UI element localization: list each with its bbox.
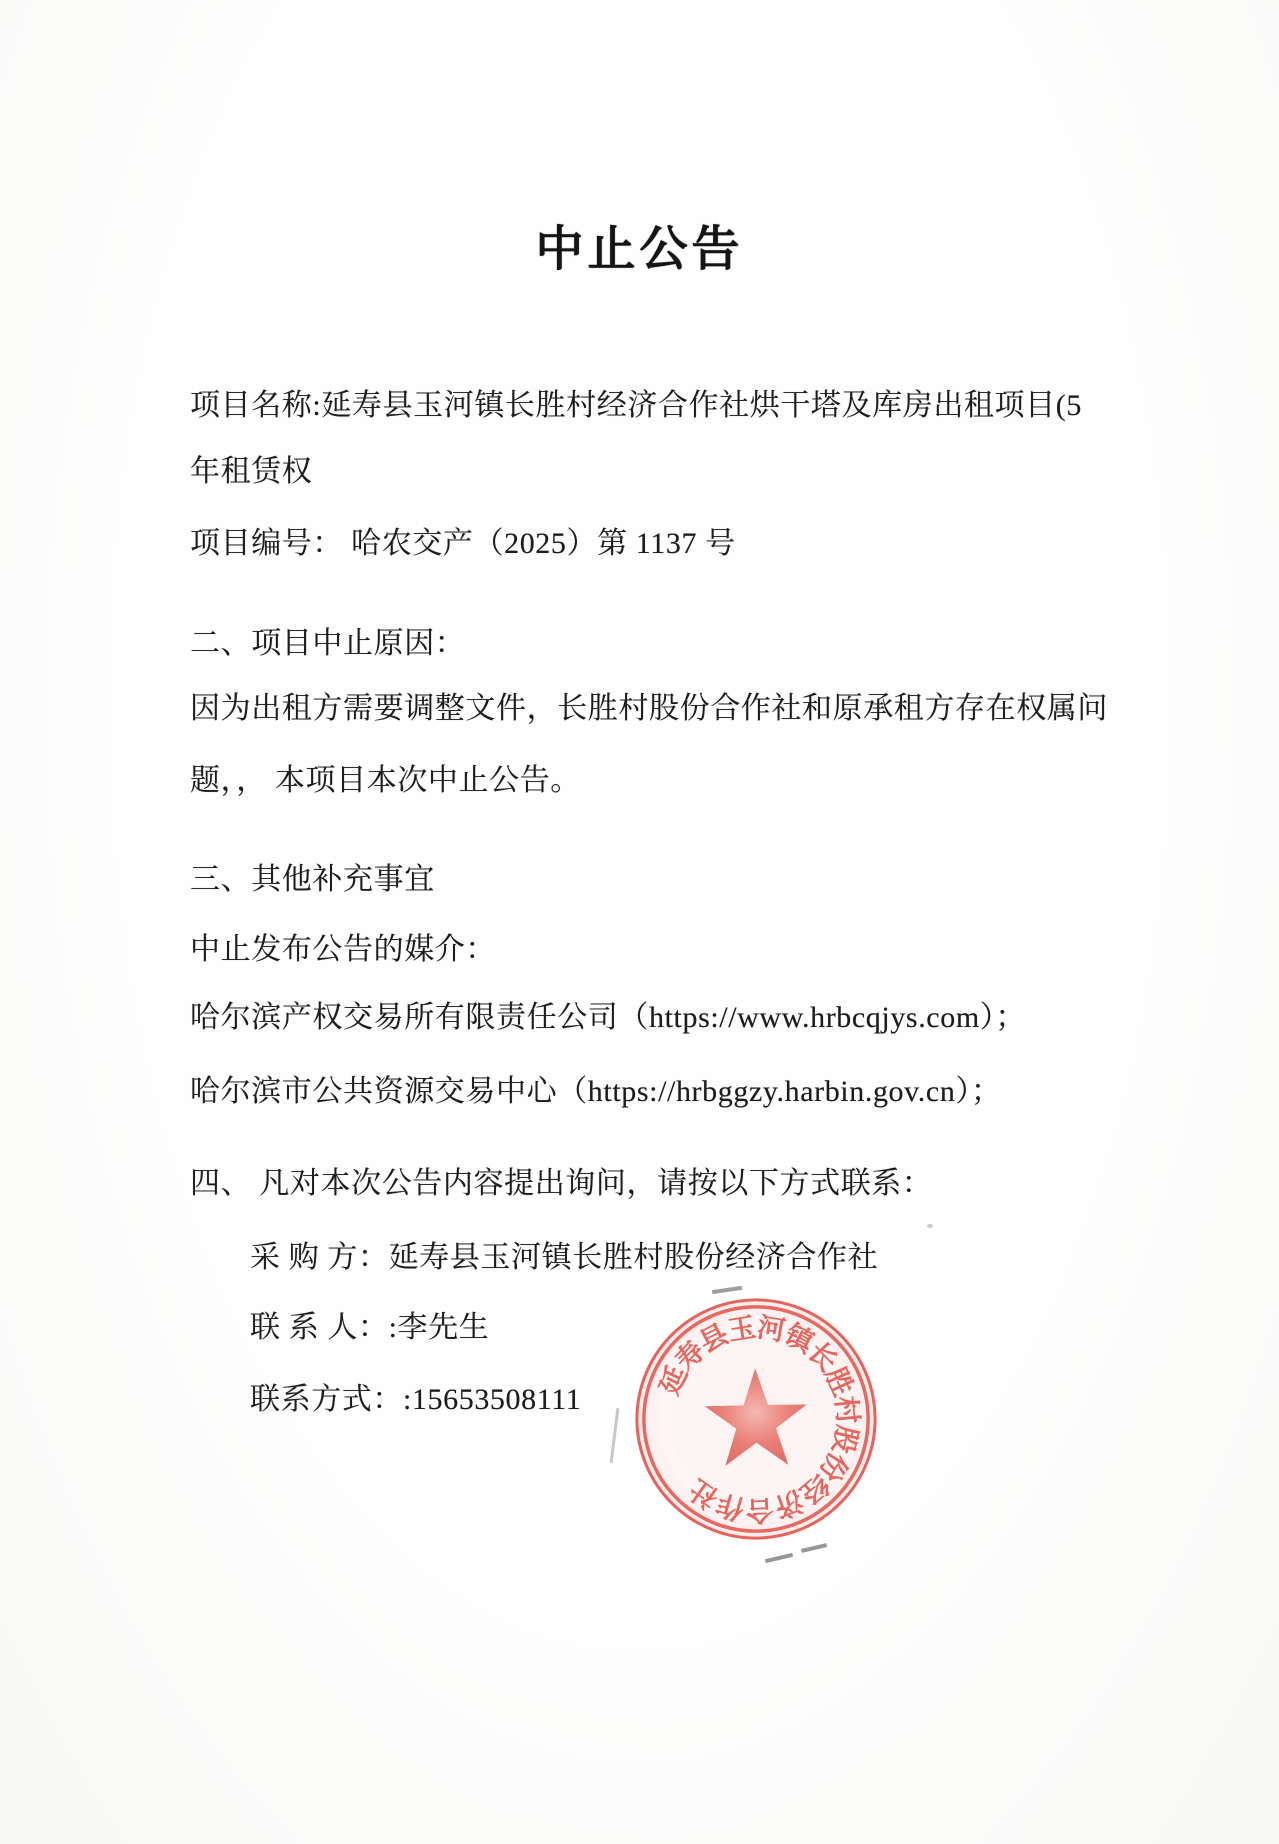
contact-phone-line: 联系方式：:15653508111 — [250, 1378, 581, 1422]
scan-artifact-dash-bottom1 — [765, 1553, 793, 1563]
project-name-line2: 年租赁权 — [190, 450, 312, 494]
svg-text:村: 村 — [829, 1395, 863, 1426]
media-item-hrbggzy: 哈尔滨市公共资源交易中心（https://hrbggzy.harbin.gov.… — [190, 1070, 1002, 1114]
media-intro-line: 中止发布公告的媒介： — [190, 928, 496, 972]
buyer-line: 采 购 方：延寿县玉河镇长胜村股份经济合作社 — [250, 1236, 878, 1280]
section2-heading: 二、项目中止原因： — [190, 622, 465, 666]
svg-text:合: 合 — [745, 1493, 774, 1526]
section3-heading: 三、其他补充事宜 — [190, 858, 435, 902]
contact-person-line: 联 系 人：:李先生 — [250, 1306, 489, 1350]
scan-artifact-dot — [927, 1224, 933, 1228]
project-number-line: 项目编号： 哈农交产（2025）第 1137 号 — [190, 522, 736, 566]
reason-line1: 因为出租方需要调整文件，长胜村股份合作社和原承租方存在权属问 — [190, 687, 1108, 731]
reason-line2: 题，， 本项目本次中止公告。 — [190, 759, 581, 803]
scan-artifact-pen-mark — [610, 1408, 619, 1463]
project-name-line1: 项目名称:延寿县玉河镇长胜村经济合作社烘干塔及库房出租项目(5 — [190, 384, 1082, 428]
svg-text:玉: 玉 — [726, 1312, 759, 1347]
scanned-document-page: 中止公告 项目名称:延寿县玉河镇长胜村经济合作社烘干塔及库房出租项目(5 年租赁… — [0, 0, 1279, 1844]
official-seal-stamp: 延寿县玉河镇长胜村股份经济合作社 — [625, 1288, 887, 1550]
media-item-hrbcqjys: 哈尔滨产权交易所有限责任公司（https://www.hrbcqjys.com）… — [190, 996, 1026, 1040]
section4-heading: 四、 凡对本次公告内容提出询问，请按以下方式联系： — [190, 1162, 933, 1206]
page-title: 中止公告 — [0, 222, 1279, 278]
